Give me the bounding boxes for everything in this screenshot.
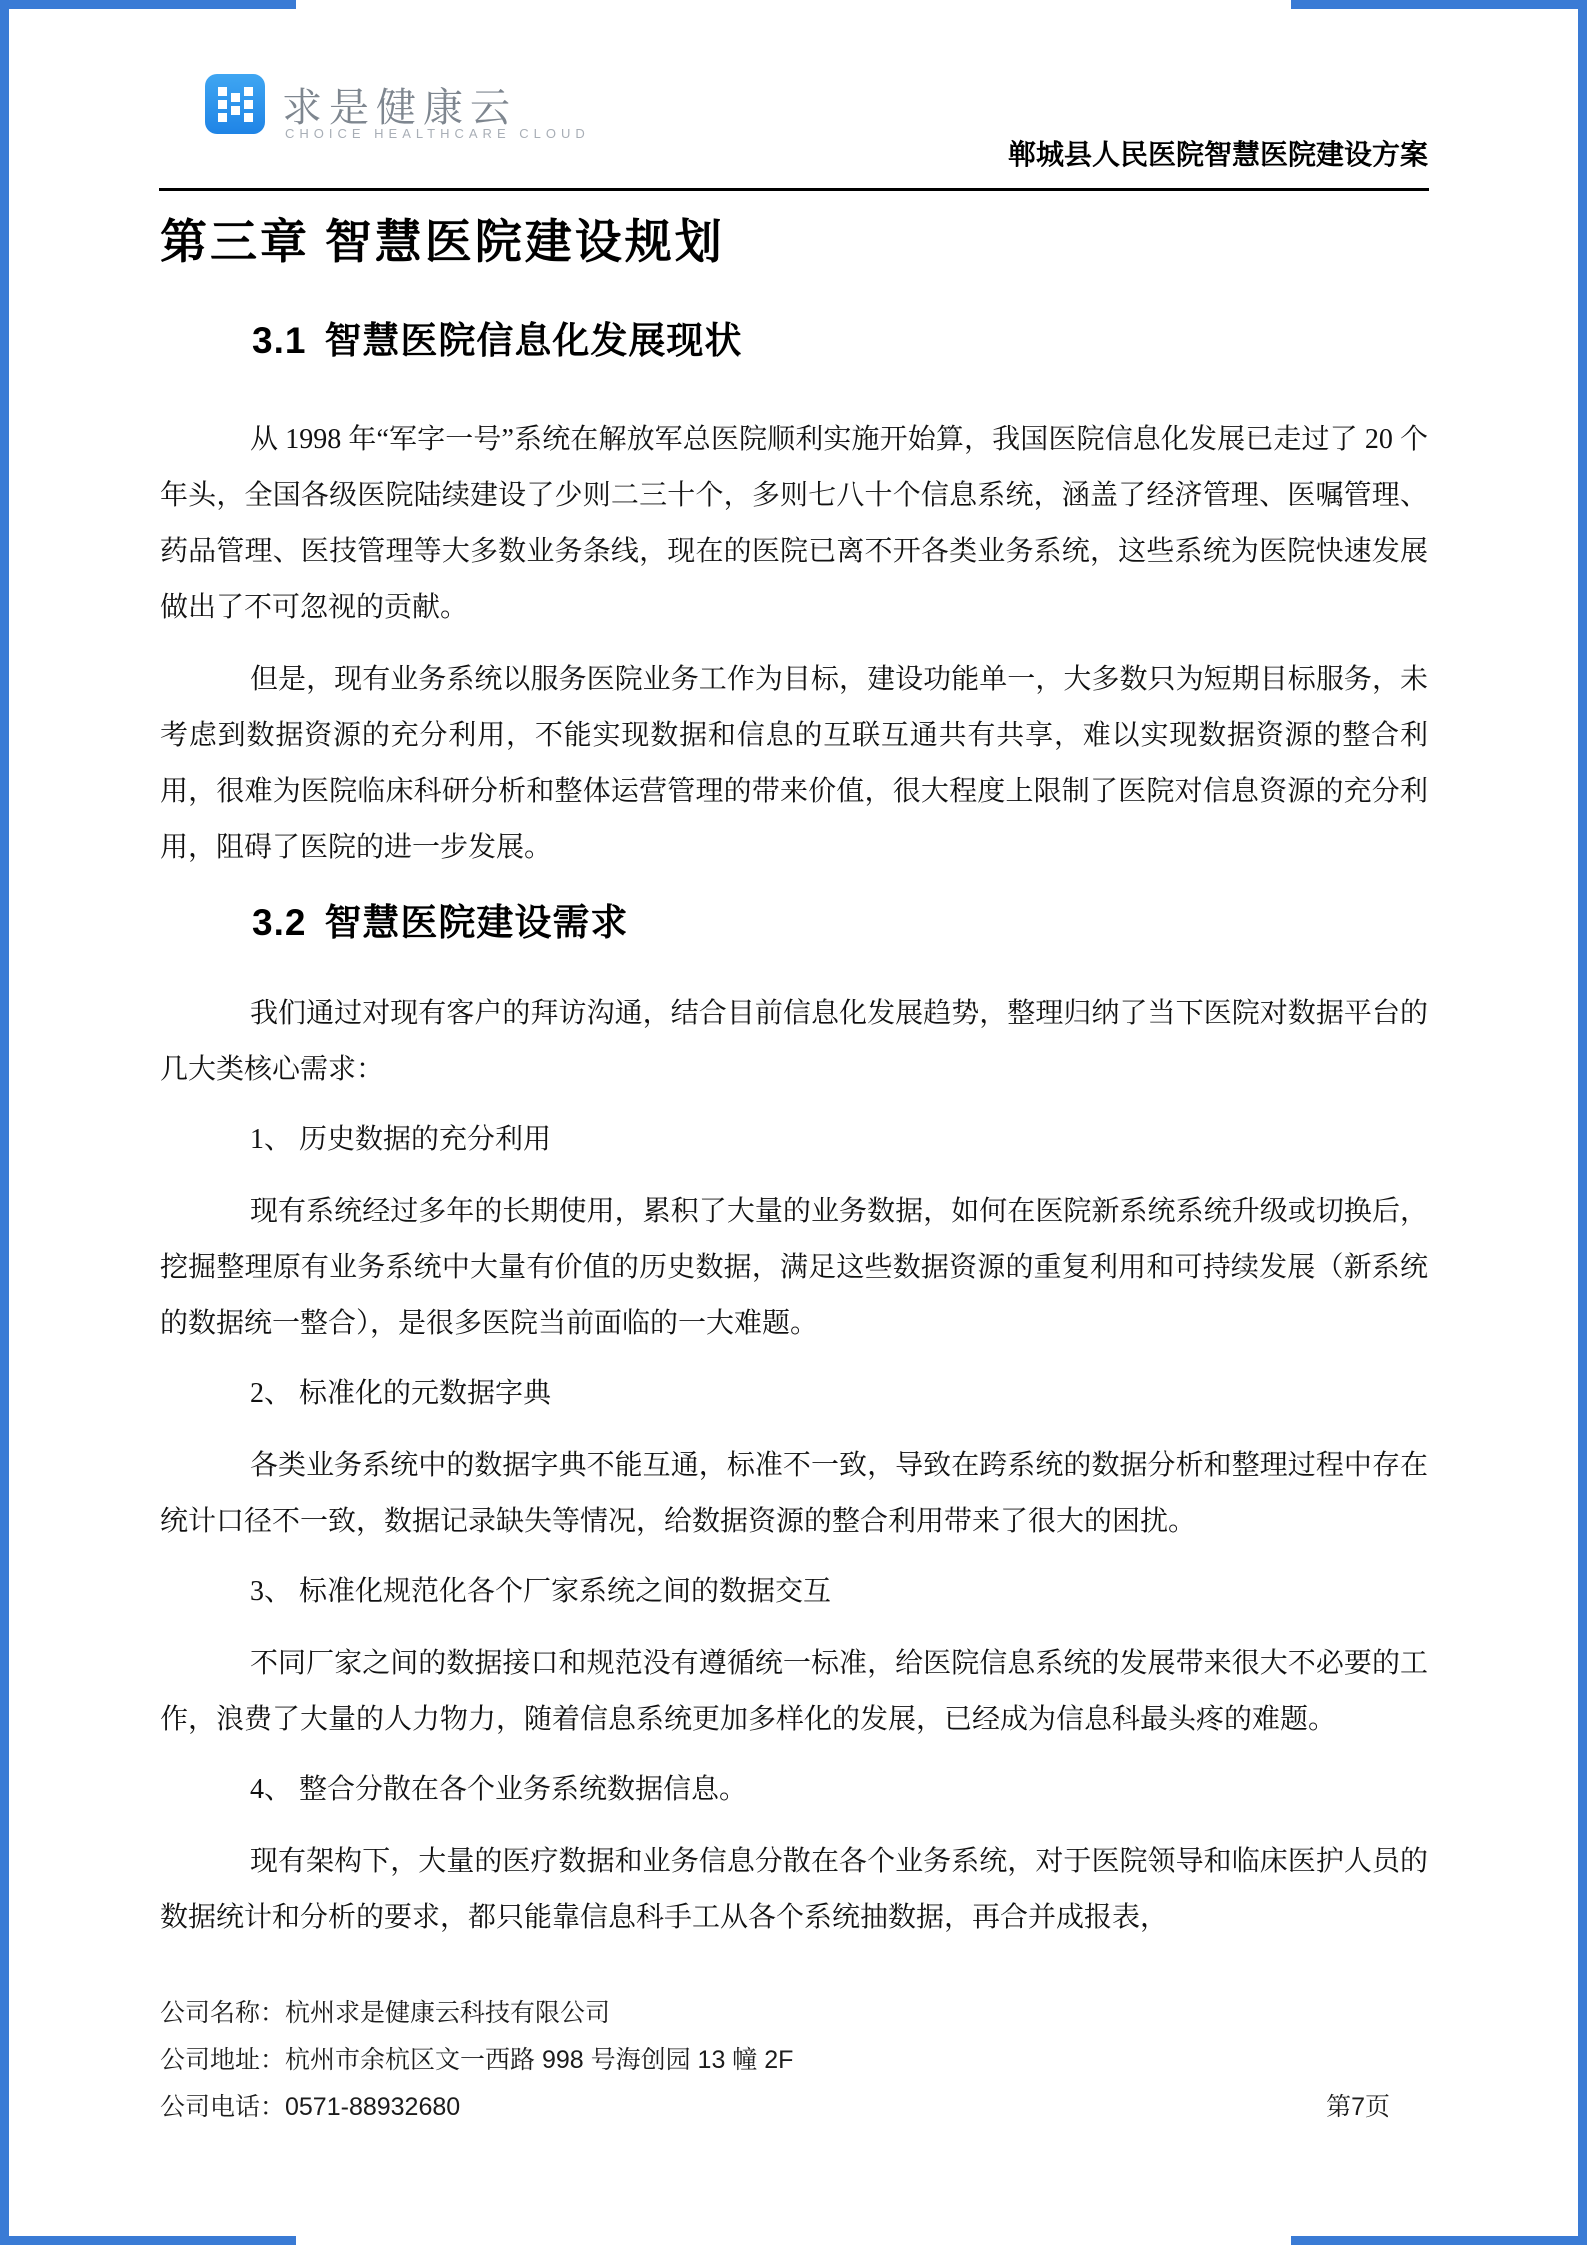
- footer-phone-line: 公司电话：0571-88932680 第7页: [160, 2084, 1428, 2131]
- paragraph: 不同厂家之间的数据接口和规范没有遵循统一标准，给医院信息系统的发展带来很大不必要…: [160, 1636, 1428, 1748]
- section-number: 3.2: [252, 902, 306, 943]
- list-item-2: 2、 标准化的元数据字典: [160, 1366, 1428, 1422]
- chapter-title: 第三章 智慧医院建设规划: [160, 205, 725, 272]
- logo-pixel-column: [231, 93, 240, 115]
- logo-pixel-column: [218, 87, 227, 122]
- footer-company-name: 公司名称：杭州求是健康云科技有限公司: [160, 1990, 1428, 2037]
- section-heading-3-2: 3.2智慧医院建设需求: [252, 900, 1428, 946]
- footer-company-phone: 公司电话：0571-88932680: [160, 2093, 460, 2121]
- brand-name: 求是健康云: [282, 76, 517, 133]
- page-border-left: [0, 0, 9, 2245]
- paragraph: 但是，现有业务系统以服务医院业务工作为目标，建设功能单一，大多数只为短期目标服务…: [160, 652, 1428, 876]
- brand-logo-icon: [205, 74, 265, 134]
- page-border-bottom-left: [0, 2236, 296, 2245]
- page-border-bottom-right: [1291, 2236, 1587, 2245]
- section-heading-3-1: 3.1智慧医院信息化发展现状: [252, 318, 1428, 364]
- page-border-top-right: [1291, 0, 1587, 9]
- paragraph: 我们通过对现有客户的拜访沟通，结合目前信息化发展趋势，整理归纳了当下医院对数据平…: [160, 986, 1428, 1098]
- body-content: 3.1智慧医院信息化发展现状 从 1998 年“军字一号”系统在解放军总医院顺利…: [160, 318, 1428, 1946]
- paragraph: 从 1998 年“军字一号”系统在解放军总医院顺利实施开始算，我国医院信息化发展…: [160, 412, 1428, 636]
- paragraph: 现有系统经过多年的长期使用，累积了大量的业务数据，如何在医院新系统系统升级或切换…: [160, 1184, 1428, 1352]
- paragraph: 现有架构下，大量的医疗数据和业务信息分散在各个业务系统，对于医院领导和临床医护人…: [160, 1834, 1428, 1946]
- brand-tagline: CHOICE HEALTHCARE CLOUD: [285, 126, 590, 141]
- header-divider: [159, 188, 1429, 191]
- list-item-1: 1、 历史数据的充分利用: [160, 1112, 1428, 1168]
- document-page: 求是健康云 CHOICE HEALTHCARE CLOUD 郸城县人民医院智慧医…: [0, 0, 1587, 2245]
- page-number: 第7页: [1326, 2084, 1390, 2131]
- section-number: 3.1: [252, 320, 306, 361]
- list-item-3: 3、 标准化规范化各个厂家系统之间的数据交互: [160, 1564, 1428, 1620]
- section-title: 智慧医院建设需求: [324, 903, 628, 944]
- list-item-4: 4、 整合分散在各个业务系统数据信息。: [160, 1762, 1428, 1818]
- page-footer: 公司名称：杭州求是健康云科技有限公司 公司地址：杭州市余杭区文一西路 998 号…: [160, 1990, 1428, 2131]
- logo-pixel-column: [244, 87, 253, 122]
- section-title: 智慧医院信息化发展现状: [324, 321, 742, 362]
- page-border-right: [1578, 0, 1587, 2245]
- page-border-top-left: [0, 0, 296, 9]
- header-document-title: 郸城县人民医院智慧医院建设方案: [1008, 133, 1428, 173]
- footer-company-address: 公司地址：杭州市余杭区文一西路 998 号海创园 13 幢 2F: [160, 2037, 1428, 2084]
- paragraph: 各类业务系统中的数据字典不能互通，标准不一致，导致在跨系统的数据分析和整理过程中…: [160, 1438, 1428, 1550]
